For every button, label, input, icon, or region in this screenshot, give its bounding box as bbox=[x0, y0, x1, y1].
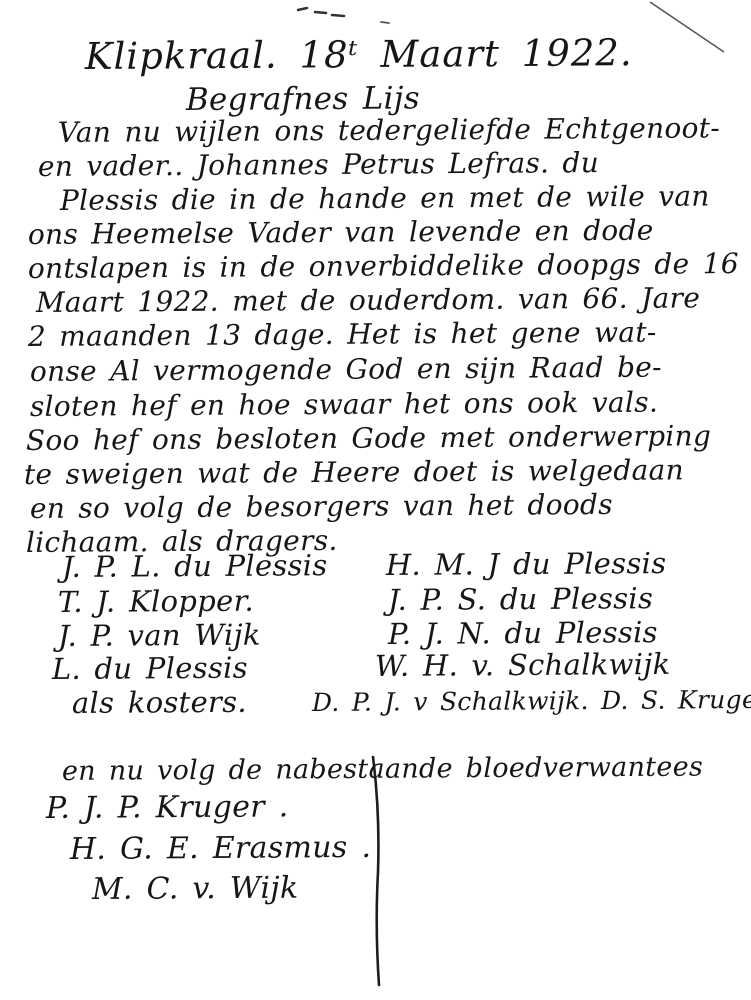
body-line-3: Plessis die in de hande en met de wile v… bbox=[60, 182, 710, 215]
bearer-right-5: D. P. J. v Schalkwijk. D. S. Kruge bbox=[312, 687, 751, 715]
body-line-5: ontslapen is in de onverbiddelike doopgs… bbox=[28, 250, 739, 283]
bearer-right-2: J. P. S. du Plessis bbox=[388, 584, 653, 615]
place-date-line: Klipkraal. 18ᵗ Maart 1922. bbox=[85, 34, 633, 75]
bearer-right-4: W. H. v. Schalkwijk bbox=[375, 650, 671, 681]
body-line-7: 2 maanden 13 dage. Het is het gene wat- bbox=[28, 319, 657, 351]
relative-name-3: M. C. v. Wijk bbox=[92, 874, 299, 905]
ink-smudge-top bbox=[298, 8, 344, 16]
bearer-left-5: als kosters. bbox=[72, 688, 247, 718]
relative-name-1: P. J. P. Kruger . bbox=[46, 792, 289, 824]
ink-smudge-small bbox=[381, 22, 389, 23]
body-line-4: ons Heemelse Vader van levende en dode bbox=[28, 217, 654, 249]
bearer-left-1: J. P. L. du Plessis bbox=[62, 551, 328, 582]
scanned-letter-page: Klipkraal. 18ᵗ Maart 1922. Begrafnes Lij… bbox=[0, 0, 751, 1000]
bearer-left-2: T. J. Klopper. bbox=[58, 587, 254, 617]
body-line-9: sloten hef en hoe swaar het ons ook vals… bbox=[30, 389, 658, 421]
closing-line: en nu volg de nabestaande bloedverwantee… bbox=[62, 754, 703, 785]
bearer-left-3: J. P. van Wijk bbox=[58, 621, 261, 651]
body-line-2: en vader.. Johannes Petrus Lefras. du bbox=[38, 149, 599, 181]
corner-fold-line bbox=[650, 2, 724, 52]
body-line-11: te sweigen wat de Heere doet is welgedaa… bbox=[24, 456, 684, 489]
body-line-8: onse Al vermogende God en sijn Raad be- bbox=[30, 354, 662, 386]
body-line-12: en so volg de besorgers van het doods bbox=[30, 491, 613, 523]
bearer-right-1: H. M. J du Plessis bbox=[386, 549, 667, 580]
relative-name-2: H. G. E. Erasmus . bbox=[70, 833, 372, 865]
bearer-left-4: L. du Plessis bbox=[52, 654, 248, 684]
body-line-1: Van nu wijlen ons tedergeliefde Echtgeno… bbox=[58, 114, 720, 147]
bearer-right-3: P. J. N. du Plessis bbox=[388, 618, 658, 649]
body-line-10: Soo hef ons besloten Gode met onderwerpi… bbox=[26, 422, 711, 455]
vertical-pen-stroke bbox=[373, 757, 379, 985]
body-line-6: Maart 1922. met de ouderdom. van 66. Jar… bbox=[36, 284, 700, 317]
title-line: Begrafnes Lijs bbox=[186, 83, 420, 116]
